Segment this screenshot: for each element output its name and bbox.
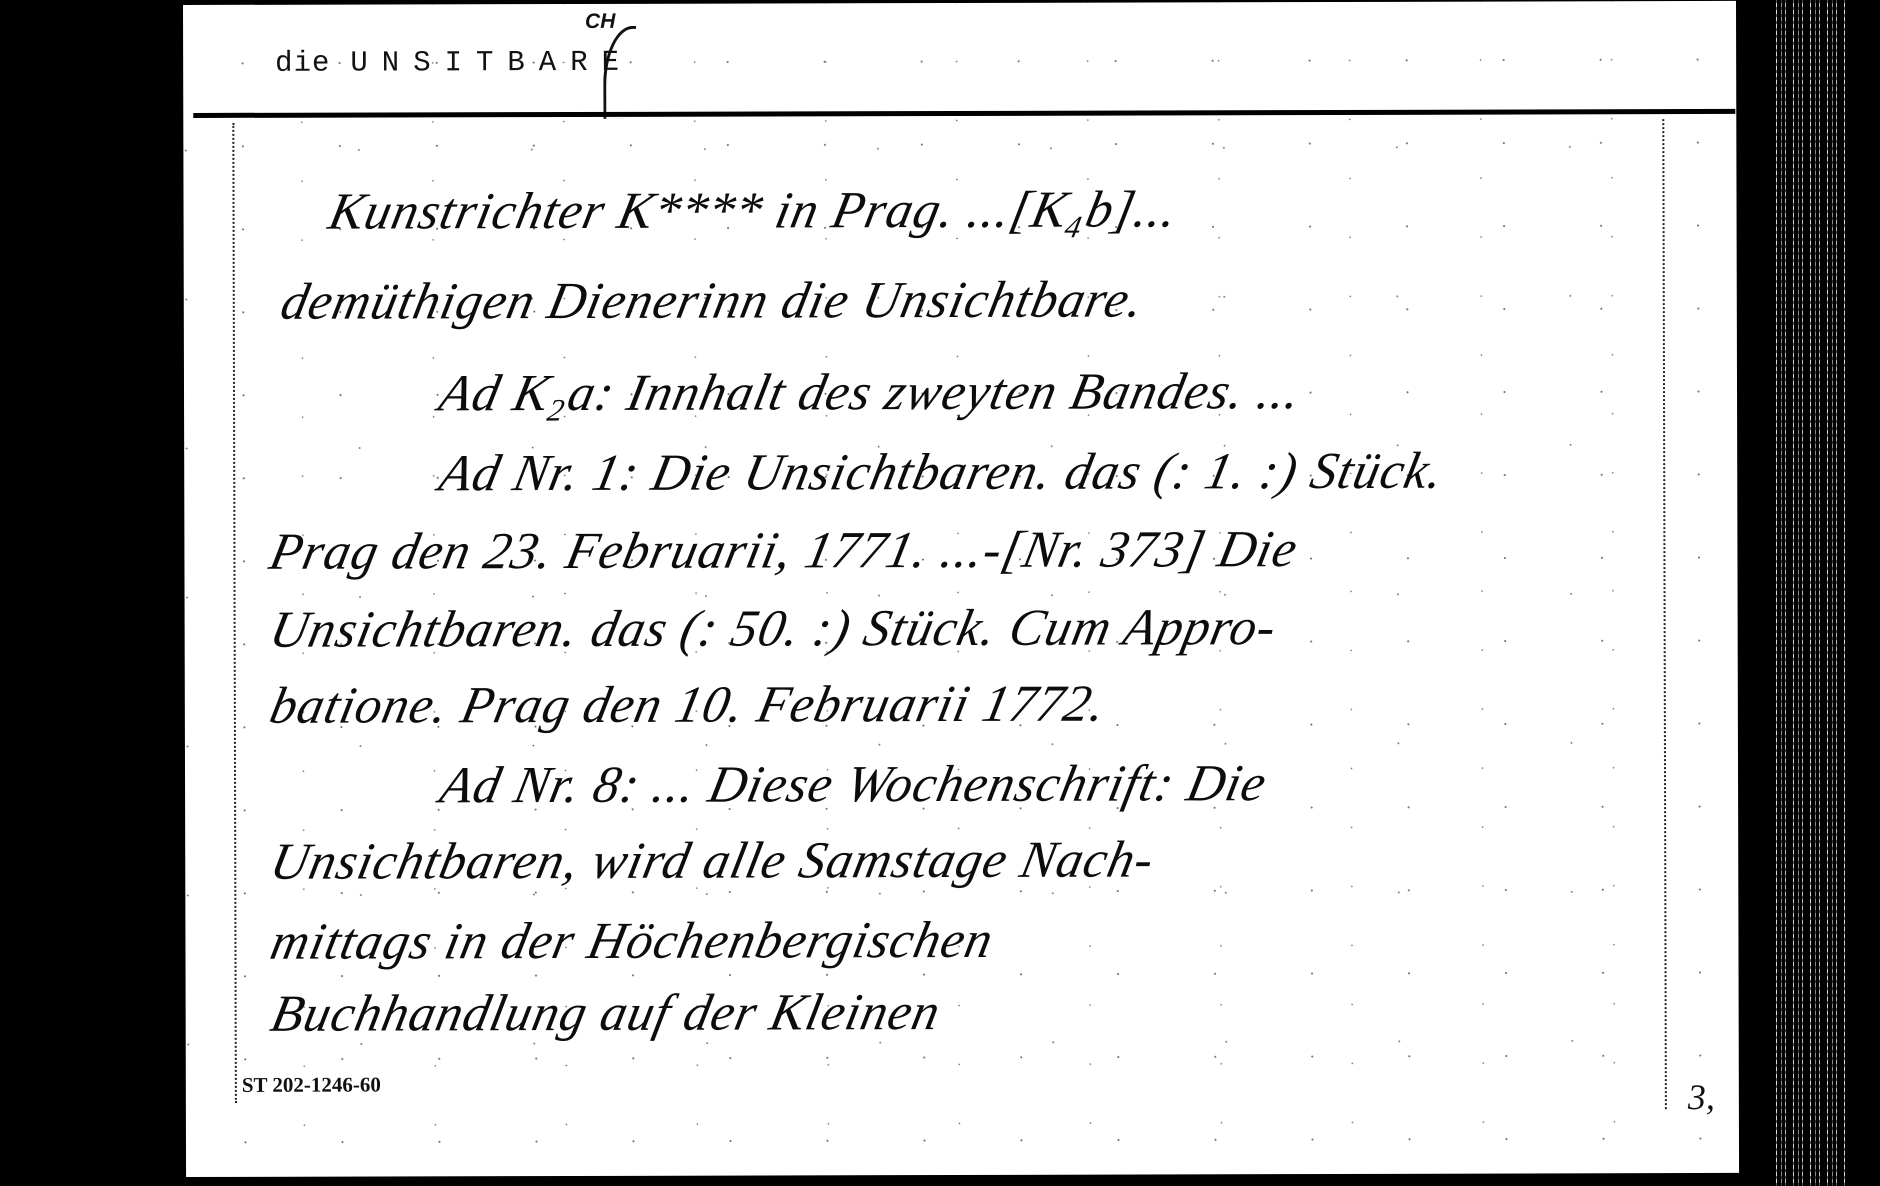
handwritten-line-8: Ad Nr. 8: ... Diese Wochenschrift: Die xyxy=(435,754,1272,815)
handwritten-line-7: batione. Prag den 10. Februarii 1772. xyxy=(265,675,1112,736)
handwritten-line-9: Unsichtbaren, wird alle Samstage Nach- xyxy=(265,830,1159,891)
handwritten-line-5: Prag den 23. Februarii, 1771. ...-[Nr. 3… xyxy=(265,520,1304,582)
handwritten-line-2: demüthigen Dienerinn die Unsichtbare. xyxy=(276,270,1150,331)
handwritten-line-6: Unsichtbaren. das (: 50. :) Stück. Cum A… xyxy=(265,598,1282,660)
archive-stamp: ST 202-1246-60 xyxy=(242,1072,381,1097)
scan-edge-artifact xyxy=(1772,0,1846,1186)
handwritten-line-10: mittags in der Höchenbergischen xyxy=(266,911,999,972)
handwritten-line-4: Ad Nr. 1: Die Unsichtbaren. das (: 1. :)… xyxy=(434,442,1449,504)
page-number: 3, xyxy=(1688,1076,1715,1118)
document-viewer: dieUNSITBARE CH Kunstrichter K**** in Pr… xyxy=(0,0,1880,1186)
handwritten-line-11: Buchhandlung auf der Kleinen xyxy=(266,983,946,1044)
handwritten-line-1: Kunstrichter K**** in Prag. ...[K₄b]... xyxy=(324,180,1184,241)
handwritten-text: Kunstrichter K**** in Prag. ...[K₄b]... … xyxy=(183,1,1739,1177)
scanned-page: dieUNSITBARE CH Kunstrichter K**** in Pr… xyxy=(183,1,1739,1177)
handwritten-line-3: Ad K₂a: Innhalt des zweyten Bandes. ... xyxy=(434,362,1306,423)
